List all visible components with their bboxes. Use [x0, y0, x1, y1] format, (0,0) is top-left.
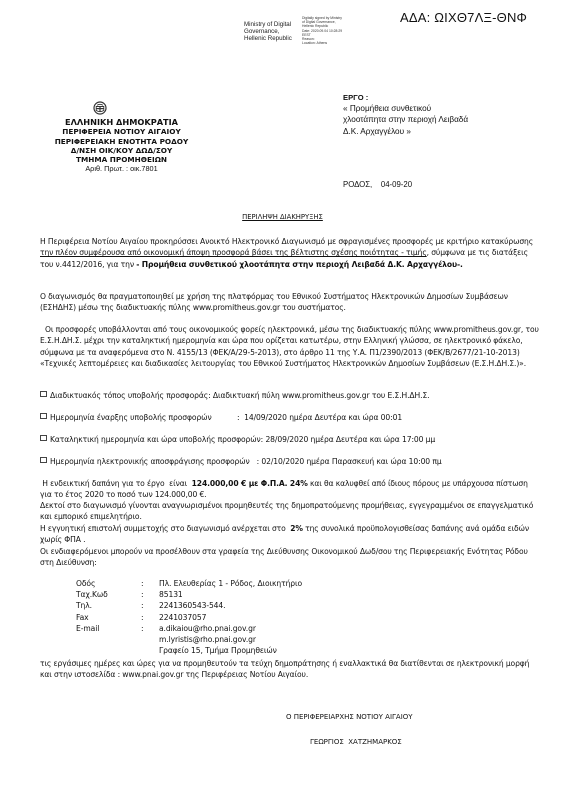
bullet-item: Ημερομηνία έναρξης υποβολής προσφορών : … [40, 413, 550, 422]
issuer-line: ΤΜΗΜΑ ΠΡΟΜΗΘΕΙΩΝ [44, 155, 199, 164]
address-key: Ταχ.Κωδ [76, 589, 141, 600]
address-key [76, 634, 141, 645]
address-sep: : [141, 612, 159, 623]
address-value: Πλ. Ελευθερίας 1 - Ρόδος, Διοικητήριο [159, 578, 302, 589]
address-row: Fax:2241037057 [76, 612, 302, 623]
signatory-name: ΓΕΩΡΓΙΟΣ ΧΑΤΖΗΜΑΡΚΟΣ [310, 738, 402, 746]
address-key: Fax [76, 612, 141, 623]
signer-line: Governance, [244, 28, 292, 35]
bullet-item: Διαδικτυακός τόπος υποβολής προσφοράς: Δ… [40, 391, 550, 400]
ada-code: ΑΔΑ: ΩΙΧΘ7ΛΞ-ΘΝΦ [400, 10, 527, 25]
platform-paragraph: Ο διαγωνισμός θα πραγματοποιηθεί με χρήσ… [40, 291, 540, 314]
address-sep: : [141, 623, 159, 634]
greek-coat-of-arms-icon [93, 100, 107, 114]
email-link[interactable]: m.lyristis@rho.pnai.gov.gr [159, 634, 256, 645]
address-sep [141, 634, 159, 645]
bullet-label: Ημερομηνία έναρξης υποβολής προσφορών [50, 413, 212, 422]
project-line: Δ.Κ. Αρχαγγέλου » [343, 126, 468, 137]
issuer-line: Δ/ΝΣΗ ΟΙΚ/ΚΟΥ ΔΩΔ/ΣΟΥ [44, 146, 199, 155]
place-date: ΡΟΔΟΣ, 04-09-20 [343, 180, 412, 189]
submission-paragraph: Οι προσφορές υποβάλλονται από τους οικον… [40, 324, 540, 369]
document-title: ΠΕΡΙΛΗΨΗ ΔΙΑΚΗΡΥΞΗΣ [0, 213, 565, 221]
address-row: E-mail:a.dikaiou@rho.pnai.gov.gr [76, 623, 302, 634]
project-line: « Προμήθεια συνθετικού [343, 103, 468, 114]
address-table: Οδός:Πλ. Ελευθερίας 1 - Ρόδος, Διοικητήρ… [76, 578, 302, 656]
protocol-number: Αριθ. Πρωτ. : οικ.7801 [44, 164, 199, 173]
square-bullet-icon [40, 413, 47, 419]
square-bullet-icon [40, 435, 47, 441]
award-criterion: την πλέον συμφέρουσα από οικονομική άποψ… [40, 248, 427, 257]
bullet-value: 28/09/2020 ημέρα Δευτέρα και ώρα 17:00 μ… [263, 435, 435, 444]
phone-value: 2241360543-544. [159, 600, 225, 611]
contact-intro: Οι ενδιαφερόμενοι μπορούν να προσέλθουν … [40, 546, 540, 569]
project-line: χλοοτάπητα στην περιοχή Λειβαδά [343, 114, 468, 125]
address-key: Τηλ. [76, 600, 141, 611]
address-row: Οδός:Πλ. Ελευθερίας 1 - Ρόδος, Διοικητήρ… [76, 578, 302, 589]
signer-line: Ministry of Digital [244, 21, 292, 28]
guarantee-percent: 2% [290, 524, 303, 533]
bullet-item: Καταληκτική ημερομηνία και ώρα υποβολής … [40, 435, 550, 444]
issuer-line: ΕΛΛΗΝΙΚΗ ΔΗΜΟΚΡΑΤΙΑ [44, 118, 199, 127]
issuer-block: ΕΛΛΗΝΙΚΗ ΔΗΜΟΚΡΑΤΙΑ ΠΕΡΙΦΕΡΕΙΑ ΝΟΤΙΟΥ ΑΙ… [44, 118, 199, 174]
square-bullet-icon [40, 391, 47, 397]
signatory-role: Ο ΠΕΡΙΦΕΡΕΙΑΡΧΗΣ ΝΟΤΙΟΥ ΑΙΓΑΙΟΥ [286, 713, 413, 721]
signature-signer: Ministry of Digital Governance, Hellenic… [244, 21, 292, 43]
bullet-value: Διαδικτυακή πύλη www.promitheus.gov.gr τ… [211, 391, 430, 400]
bullet-value: : 02/10/2020 ημέρα Παρασκευή και ώρα 10:… [250, 457, 442, 466]
guarantee-text: Η εγγυητική επιστολή συμμετοχής στο διαγ… [40, 524, 290, 533]
budget-amount: 124.000,00 € με Φ.Π.Α. 24% [192, 479, 308, 488]
budget-paragraph: Η ενδεικτική δαπάνη για το έργο είναι 12… [40, 478, 540, 501]
eligibility-paragraph: Δεκτοί στο διαγωνισμό γίνονται αναγνωρισ… [40, 500, 540, 523]
closing-paragraph: τις εργάσιμες ημέρες και ώρες για να προ… [40, 658, 540, 681]
bullet-label: Ημερομηνία ηλεκτρονικής αποσφράγισης προ… [50, 457, 250, 466]
fax-value: 2241037057 [159, 612, 206, 623]
signature-details: Digitally signed by Ministry of Digital … [302, 16, 362, 45]
issuer-line: ΠΕΡΙΦΕΡΕΙΑΚΗ ΕΝΟΤΗΤΑ ΡΟΔΟΥ [44, 137, 199, 146]
bullet-item: Ημερομηνία ηλεκτρονικής αποσφράγισης προ… [40, 457, 550, 466]
address-sep [141, 645, 159, 656]
tender-subject: - Προμήθεια συνθετικού χλοοτάπητα στην π… [136, 260, 463, 269]
address-key [76, 645, 141, 656]
signer-line: Hellenic Republic [244, 35, 292, 42]
project-label: ΕΡΓΟ : [343, 92, 468, 103]
email-link[interactable]: a.dikaiou@rho.pnai.gov.gr [159, 623, 256, 634]
square-bullet-icon [40, 457, 47, 463]
issuer-line: ΠΕΡΙΦΕΡΕΙΑ ΝΟΤΙΟΥ ΑΙΓΑΙΟΥ [44, 127, 199, 136]
address-sep: : [141, 600, 159, 611]
address-row: Ταχ.Κωδ:85131 [76, 589, 302, 600]
address-key: Οδός [76, 578, 141, 589]
intro-text: Η Περιφέρεια Νοτίου Αιγαίου προκηρύσσει … [40, 237, 533, 246]
bullet-label: Καταληκτική ημερομηνία και ώρα υποβολής … [50, 435, 263, 444]
address-sep: : [141, 589, 159, 600]
office-value: Γραφείο 15, Τμήμα Προμηθειών [159, 645, 277, 656]
project-block: ΕΡΓΟ : « Προμήθεια συνθετικού χλοοτάπητα… [343, 92, 468, 137]
bullet-value: : 14/09/2020 ημέρα Δευτέρα και ώρα 00:01 [212, 413, 402, 422]
address-sep: : [141, 578, 159, 589]
signature-detail-line: Location: Athens [302, 41, 362, 45]
address-row: Γραφείο 15, Τμήμα Προμηθειών [76, 645, 302, 656]
address-value: 85131 [159, 589, 183, 600]
guarantee-paragraph: Η εγγυητική επιστολή συμμετοχής στο διαγ… [40, 523, 540, 546]
address-key: E-mail [76, 623, 141, 634]
address-row: Τηλ.:2241360543-544. [76, 600, 302, 611]
address-row: m.lyristis@rho.pnai.gov.gr [76, 634, 302, 645]
budget-text: Η ενδεικτική δαπάνη για το έργο είναι [40, 479, 192, 488]
bullet-label: Διαδικτυακός τόπος υποβολής προσφοράς: [50, 391, 211, 400]
intro-paragraph: Η Περιφέρεια Νοτίου Αιγαίου προκηρύσσει … [40, 236, 540, 270]
